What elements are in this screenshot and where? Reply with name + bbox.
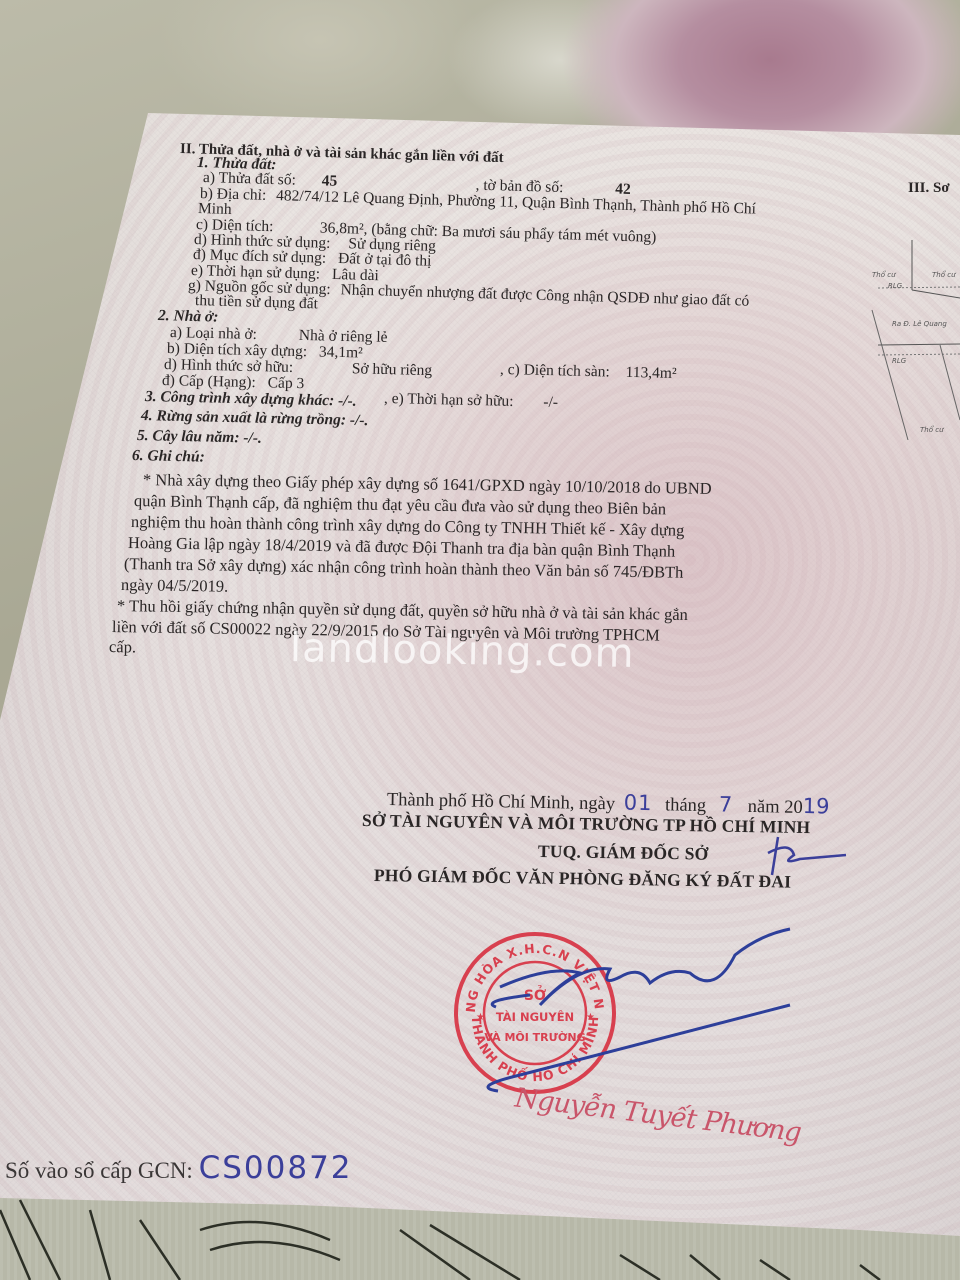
ownership-term-row: , e) Thời hạn sở hữu: -/- xyxy=(384,390,558,412)
note1-line: ngày 04/5/2019. xyxy=(121,575,229,597)
year-label: năm 20 xyxy=(748,797,803,818)
parcel-sketch-map: Thổ cư Thổ cư RLG Ra Đ. Lê Quang RLG Thổ… xyxy=(868,240,960,440)
watermark: landlooking.com xyxy=(290,625,635,677)
note2-line: cấp. xyxy=(109,637,136,657)
grade-value: Cấp 3 xyxy=(268,374,305,392)
floor-area-row: , c) Diện tích sàn: 113,4m² xyxy=(500,361,677,383)
issue-day: 01 xyxy=(624,791,653,816)
section-iii-title: III. Sơ xyxy=(908,180,950,197)
certificate-content: II. Thửa đất, nhà ở và tài sản khác gắn … xyxy=(0,0,960,1280)
ownership-value: Sở hữu riêng xyxy=(352,360,433,379)
gcn-entry: Số vào sổ cấp GCN: CS00872 xyxy=(5,1150,353,1186)
forest: 4. Rừng sản xuất là rừng trồng: -/-. xyxy=(141,407,369,430)
svg-text:RLG: RLG xyxy=(892,357,907,365)
ownership-term-value: -/- xyxy=(543,394,558,411)
ownership-term-label: , e) Thời hạn sở hữu: xyxy=(384,390,514,410)
floor-area-value: 113,4m² xyxy=(625,364,676,382)
notes-heading: 6. Ghi chú: xyxy=(132,447,205,467)
gcn-value: CS00872 xyxy=(199,1150,353,1186)
map-sheet-value: 42 xyxy=(615,181,631,198)
floor-area-label: , c) Diện tích sàn: xyxy=(500,361,610,380)
on-behalf-of: TUQ. GIÁM ĐỐC SỞ xyxy=(538,841,709,865)
svg-text:RLG: RLG xyxy=(888,282,903,290)
svg-text:Thổ cư: Thổ cư xyxy=(932,270,957,279)
signature-icon xyxy=(460,925,800,1095)
gcn-label: Số vào sổ cấp GCN: xyxy=(5,1158,193,1183)
origin-line1: Nhận chuyển nhượng đất được Công nhận QS… xyxy=(340,281,749,309)
signer-title: PHÓ GIÁM ĐỐC VĂN PHÒNG ĐĂNG KÝ ĐẤT ĐAI xyxy=(374,865,792,893)
month-label: tháng xyxy=(665,795,706,816)
svg-text:Thổ cư: Thổ cư xyxy=(920,425,945,434)
perennial: 5. Cây lâu năm: -/-. xyxy=(137,427,262,448)
initials-mark-icon xyxy=(760,835,850,885)
svg-text:Thổ cư: Thổ cư xyxy=(872,270,897,279)
svg-text:Ra Đ. Lê Quang: Ra Đ. Lê Quang xyxy=(892,320,947,328)
issue-month: 7 xyxy=(719,792,734,816)
issue-year-suffix: 19 xyxy=(803,794,830,819)
